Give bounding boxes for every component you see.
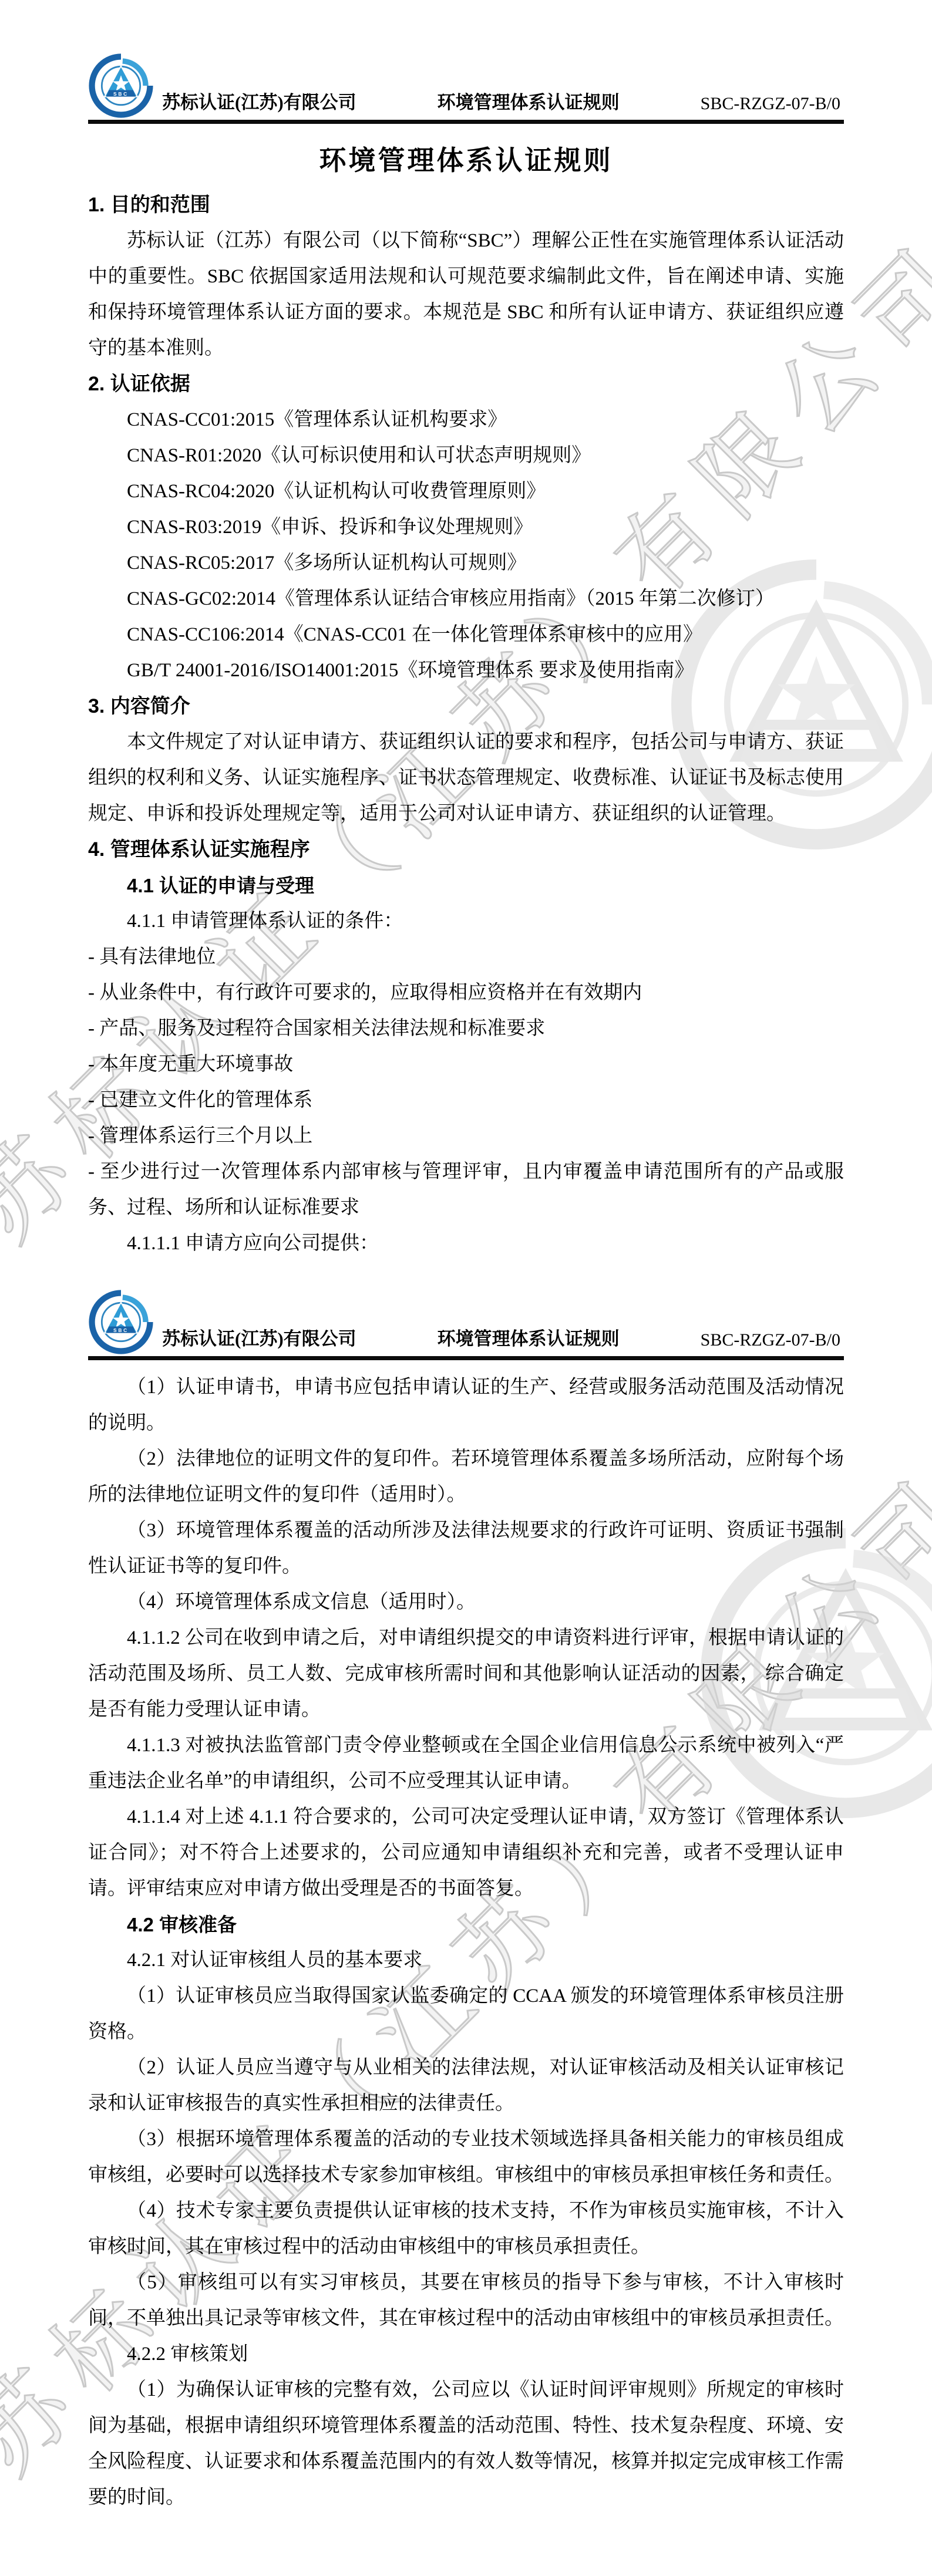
doc-block-h1: 4. 管理体系认证实施程序 [88, 832, 844, 868]
company-logo-icon: SBC [88, 1289, 154, 1355]
doc-block-ref: CNAS-R01:2020《认可标识使用和认可状态声明规则》 [88, 438, 844, 474]
page-title: 环境管理体系认证规则 [88, 139, 844, 178]
doc-block-h3: 4.1.1 申请管理体系认证的条件： [88, 903, 844, 939]
page-2: SBC 苏标认证(江苏)有限公司 环境管理体系认证规则 SBC-RZGZ-07-… [88, 1289, 844, 2516]
page-1: SBC 苏标认证(江苏)有限公司 环境管理体系认证规则 SBC-RZGZ-07-… [88, 53, 844, 1262]
doc-block-dash: - 本年度无重大环境事故 [88, 1047, 844, 1083]
doc-block-h1: 1. 目的和范围 [88, 187, 844, 223]
doc-block-h2: 4.2 审核准备 [88, 1907, 844, 1943]
header-doc-number: SBC-RZGZ-07-B/0 [701, 94, 840, 114]
doc-block-p: （3）根据环境管理体系覆盖的活动的专业技术领域选择具备相关能力的审核员组成审核组… [88, 2122, 844, 2193]
doc-block-p: 4.1.1.3 对被执法监管部门责令停业整顿或在全国企业信用信息公示系统中被列入… [88, 1728, 844, 1799]
doc-block-h3: 4.2.2 审核策划 [88, 2336, 844, 2372]
doc-block-dash: - 从业条件中，有行政许可要求的，应取得相应资格并在有效期内 [88, 975, 844, 1011]
doc-block-h1: 2. 认证依据 [88, 366, 844, 402]
doc-block-dash: - 管理体系运行三个月以上 [88, 1118, 844, 1154]
doc-block-p: （1）认证审核员应当取得国家认监委确定的 CCAA 颁发的环境管理体系审核员注册… [88, 1978, 844, 2050]
doc-block-h2: 4.1 认证的申请与受理 [88, 868, 844, 903]
logo-label: SBC [113, 1327, 129, 1333]
header-doc-title: 环境管理体系认证规则 [356, 1324, 701, 1350]
page-1-content: 1. 目的和范围苏标认证（江苏）有限公司（以下简称“SBC”）理解公正性在实施管… [88, 187, 844, 1262]
company-logo-icon: SBC [88, 53, 154, 119]
doc-block-p: （1）为确保认证审核的完整有效，公司应以《认证时间评审规则》所规定的审核时间为基… [88, 2372, 844, 2516]
doc-block-ref: CNAS-RC04:2020《认证机构认可收费管理原则》 [88, 474, 844, 510]
logo-label: SBC [113, 91, 129, 97]
doc-block-ref: CNAS-R03:2019《申诉、投诉和争议处理规则》 [88, 510, 844, 545]
header-doc-number: SBC-RZGZ-07-B/0 [701, 1330, 840, 1350]
doc-block-p: 4.1.1.2 公司在收到申请之后，对申请组织提交的申请资料进行评审，根据申请认… [88, 1620, 844, 1728]
doc-block-h3: 4.2.1 对认证审核组人员的基本要求 [88, 1943, 844, 1978]
doc-block-dash: - 已建立文件化的管理体系 [88, 1083, 844, 1118]
doc-block-ref: CNAS-CC106:2014《CNAS-CC01 在一体化管理体系审核中的应用… [88, 617, 844, 653]
doc-block-ref: CNAS-GC02:2014《管理体系认证结合审核应用指南》（2015 年第二次… [88, 581, 844, 617]
doc-block-ref: GB/T 24001-2016/ISO14001:2015《环境管理体系 要求及… [88, 653, 844, 689]
doc-block-h1: 3. 内容简介 [88, 689, 844, 724]
page-header: SBC 苏标认证(江苏)有限公司 环境管理体系认证规则 SBC-RZGZ-07-… [88, 1289, 844, 1360]
header-company-name: 苏标认证(江苏)有限公司 [162, 87, 356, 114]
doc-block-p: 苏标认证（江苏）有限公司（以下简称“SBC”）理解公正性在实施管理体系认证活动中… [88, 223, 844, 366]
doc-block-dash: - 产品、服务及过程符合国家相关法律法规和标准要求 [88, 1011, 844, 1047]
doc-block-p: （2）法律地位的证明文件的复印件。若环境管理体系覆盖多场所活动，应附每个场所的法… [88, 1441, 844, 1513]
page-2-content: （1）认证申请书，申请书应包括申请认证的生产、经营或服务活动范围及活动情况的说明… [88, 1370, 844, 2516]
doc-block-p: 本文件规定了对认证申请方、获证组织认证的要求和程序，包括公司与申请方、获证组织的… [88, 724, 844, 832]
doc-block-ref: CNAS-CC01:2015《管理体系认证机构要求》 [88, 402, 844, 438]
page-header: SBC 苏标认证(江苏)有限公司 环境管理体系认证规则 SBC-RZGZ-07-… [88, 53, 844, 124]
doc-block-p: （4）技术专家主要负责提供认证审核的技术支持，不作为审核员实施审核，不计入审核时… [88, 2193, 844, 2265]
doc-block-p: （4）环境管理体系成文信息（适用时）。 [88, 1584, 844, 1620]
doc-block-h3: 4.1.1.1 申请方应向公司提供： [88, 1226, 844, 1262]
doc-block-ref: CNAS-RC05:2017《多场所认证机构认可规则》 [88, 545, 844, 581]
doc-block-p: 4.1.1.4 对上述 4.1.1 符合要求的，公司可决定受理认证申请，双方签订… [88, 1799, 844, 1907]
doc-block-dash: - 至少进行过一次管理体系内部审核与管理评审，且内审覆盖申请范围所有的产品或服务… [88, 1154, 844, 1226]
header-company-name: 苏标认证(江苏)有限公司 [162, 1324, 356, 1350]
header-doc-title: 环境管理体系认证规则 [356, 87, 701, 114]
doc-block-dash: - 具有法律地位 [88, 939, 844, 975]
doc-block-p: （3）环境管理体系覆盖的活动所涉及法律法规要求的行政许可证明、资质证书强制性认证… [88, 1513, 844, 1584]
document-page: { "header": { "company": "苏标认证(江苏)有限公司",… [0, 0, 932, 2576]
doc-block-p: （1）认证申请书，申请书应包括申请认证的生产、经营或服务活动范围及活动情况的说明… [88, 1370, 844, 1441]
doc-block-p: （5）审核组可以有实习审核员，其要在审核员的指导下参与审核，不计入审核时间，不单… [88, 2265, 844, 2336]
doc-block-p: （2）认证人员应当遵守与从业相关的法律法规，对认证审核活动及相关认证审核记录和认… [88, 2050, 844, 2122]
